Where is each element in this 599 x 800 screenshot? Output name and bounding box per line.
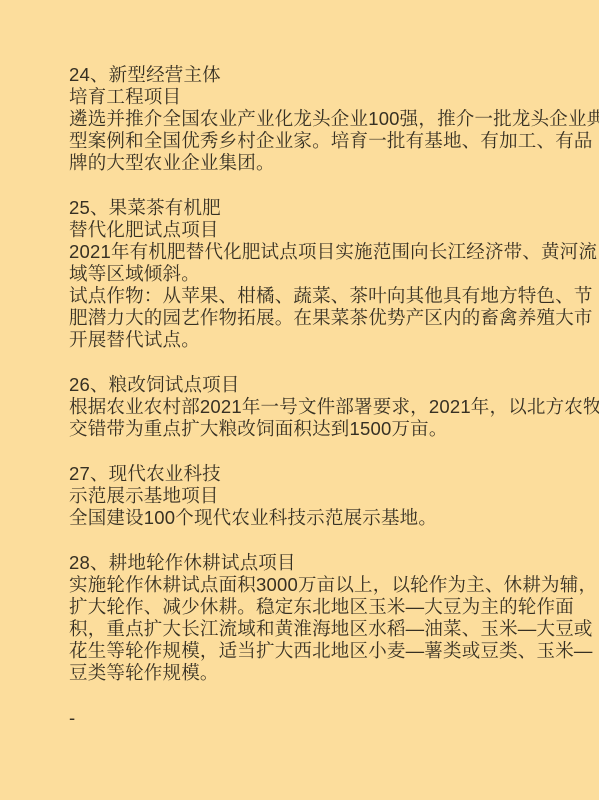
section-27-heading: 27、现代农业科技	[69, 463, 591, 485]
section-28: 28、耕地轮作休耕试点项目 实施轮作休耕试点面积3000万亩以上，以轮作为主、休…	[69, 552, 591, 684]
section-26-heading: 26、粮改饲试点项目	[69, 374, 591, 396]
dash-line: -	[69, 707, 591, 729]
text-line: 域等区域倾斜。	[69, 263, 591, 285]
text-line: 型案例和全国优秀乡村企业家。培育一批有基地、有加工、有品	[69, 130, 591, 152]
text-line: 豆类等轮作规模。	[69, 662, 591, 684]
text-line: 积，重点扩大长江流域和黄淮海地区水稻—油菜、玉米—大豆或	[69, 618, 591, 640]
text-line: 交错带为重点扩大粮改饲面积达到1500万亩。	[69, 418, 591, 440]
document-page: 24、新型经营主体 培育工程项目 遴选并推介全国农业产业化龙头企业100强，推介…	[0, 0, 599, 800]
text-line: 遴选并推介全国农业产业化龙头企业100强，推介一批龙头企业典	[69, 108, 591, 130]
footer-dash: -	[69, 707, 591, 729]
section-26: 26、粮改饲试点项目 根据农业农村部2021年一号文件部署要求，2021年，以北…	[69, 374, 591, 440]
section-24: 24、新型经营主体 培育工程项目 遴选并推介全国农业产业化龙头企业100强，推介…	[69, 64, 591, 174]
section-24-subheading: 培育工程项目	[69, 86, 591, 108]
section-27-subheading: 示范展示基地项目	[69, 485, 591, 507]
text-line: 花生等轮作规模，适当扩大西北地区小麦—薯类或豆类、玉米—	[69, 640, 591, 662]
section-25-heading: 25、果菜茶有机肥	[69, 197, 591, 219]
section-27: 27、现代农业科技 示范展示基地项目 全国建设100个现代农业科技示范展示基地。	[69, 463, 591, 529]
text-line: 试点作物：从苹果、柑橘、蔬菜、茶叶向其他具有地方特色、节	[69, 285, 591, 307]
text-line: 全国建设100个现代农业科技示范展示基地。	[69, 507, 591, 529]
section-28-heading: 28、耕地轮作休耕试点项目	[69, 552, 591, 574]
section-24-heading: 24、新型经营主体	[69, 64, 591, 86]
text-line: 肥潜力大的园艺作物拓展。在果菜茶优势产区内的畜禽养殖大市	[69, 307, 591, 329]
text-line: 开展替代试点。	[69, 329, 591, 351]
text-line: 实施轮作休耕试点面积3000万亩以上，以轮作为主、休耕为辅，	[69, 574, 591, 596]
text-line: 根据农业农村部2021年一号文件部署要求，2021年，以北方农牧	[69, 396, 591, 418]
section-25-subheading: 替代化肥试点项目	[69, 219, 591, 241]
text-line: 2021年有机肥替代化肥试点项目实施范围向长江经济带、黄河流	[69, 241, 591, 263]
section-25: 25、果菜茶有机肥 替代化肥试点项目 2021年有机肥替代化肥试点项目实施范围向…	[69, 197, 591, 351]
text-line: 牌的大型农业企业集团。	[69, 152, 591, 174]
text-line: 扩大轮作、减少休耕。稳定东北地区玉米—大豆为主的轮作面	[69, 596, 591, 618]
